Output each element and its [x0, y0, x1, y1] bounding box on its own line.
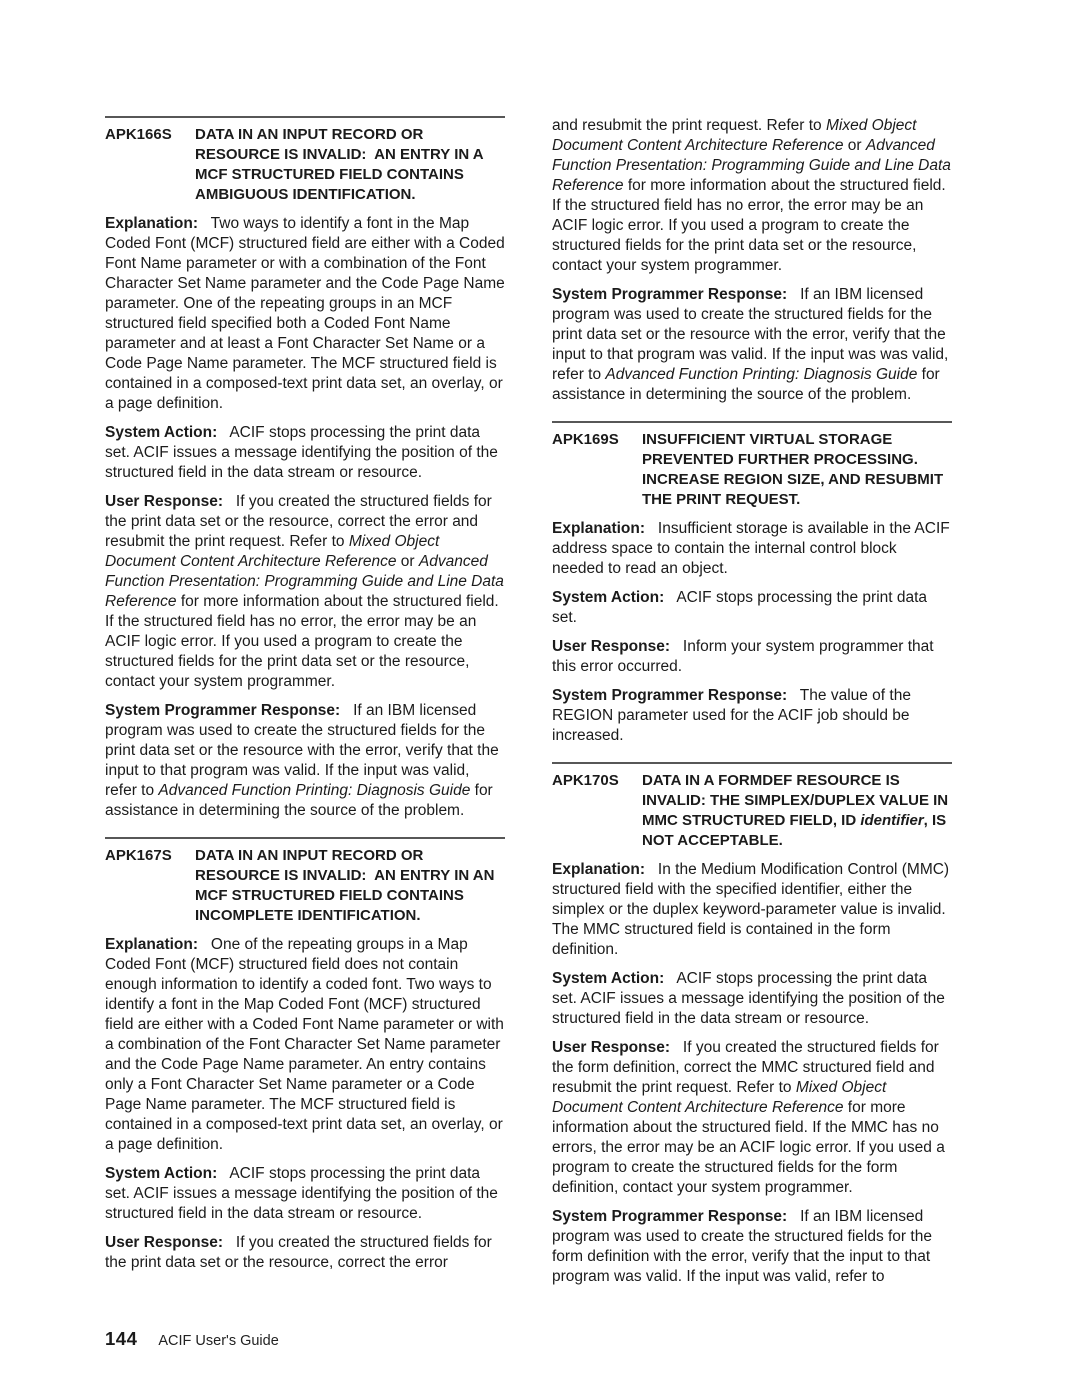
explanation-paragraph: Explanation: Two ways to identify a font…	[105, 214, 505, 414]
bold-lead-in: System Action:	[105, 1165, 217, 1182]
system-programmer-response-paragraph: System Programmer Response: If an IBM li…	[105, 701, 505, 821]
system-programmer-response-paragraph: System Programmer Response: The value of…	[552, 686, 952, 746]
bold-lead-in: System Programmer Response:	[105, 702, 340, 719]
bold-lead-in: Explanation:	[105, 936, 198, 953]
page-footer: 144 ACIF User's Guide	[105, 1328, 279, 1350]
bold-lead-in: Explanation:	[105, 215, 198, 232]
message-code: APK167S	[105, 846, 195, 926]
message-heading: APK169SINSUFFICIENT VIRTUAL STORAGE PREV…	[552, 430, 952, 510]
message-code: APK170S	[552, 771, 642, 851]
system-programmer-response-paragraph: System Programmer Response: If an IBM li…	[552, 1207, 952, 1287]
system-action-paragraph: System Action: ACIF stops processing the…	[105, 423, 505, 483]
right-column: and resubmit the print request. Refer to…	[552, 116, 952, 1287]
text-run: One of the repeating groups in a Map Cod…	[105, 936, 508, 1153]
message-title: DATA IN AN INPUT RECORD OR RESOURCE IS I…	[195, 846, 505, 926]
bold-lead-in: User Response:	[105, 493, 223, 510]
bold-lead-in: User Response:	[552, 638, 670, 655]
two-column-text-area: APK166SDATA IN AN INPUT RECORD OR RESOUR…	[105, 116, 952, 1287]
bold-lead-in: User Response:	[105, 1234, 223, 1251]
text-run: or	[397, 553, 419, 570]
message-heading: APK167SDATA IN AN INPUT RECORD OR RESOUR…	[105, 846, 505, 926]
user-response-paragraph: User Response: If you created the struct…	[105, 1233, 505, 1273]
italic-title-text: Advanced Function Printing: Diagnosis Gu…	[158, 782, 470, 799]
bold-lead-in: System Action:	[552, 589, 664, 606]
italic-title-text: Advanced Function Printing: Diagnosis Gu…	[605, 366, 917, 383]
left-column: APK166SDATA IN AN INPUT RECORD OR RESOUR…	[105, 116, 505, 1287]
system-action-paragraph: System Action: ACIF stops processing the…	[105, 1164, 505, 1224]
bold-lead-in: System Action:	[552, 970, 664, 987]
separator-rule	[105, 837, 505, 839]
bold-lead-in: System Programmer Response:	[552, 286, 787, 303]
system-programmer-response-paragraph: System Programmer Response: If an IBM li…	[552, 285, 952, 405]
message-block: APK169SINSUFFICIENT VIRTUAL STORAGE PREV…	[552, 421, 952, 510]
text-run: or	[844, 137, 866, 154]
message-heading: APK170SDATA IN A FORMDEF RESOURCE IS INV…	[552, 771, 952, 851]
separator-rule	[105, 116, 505, 118]
bold-lead-in: System Programmer Response:	[552, 1208, 787, 1225]
bold-lead-in: DATA IN AN INPUT RECORD OR RESOURCE IS I…	[195, 126, 487, 203]
bold-lead-in: System Action:	[105, 424, 217, 441]
text-run: and resubmit the print request. Refer to	[552, 117, 826, 134]
message-code: APK166S	[105, 125, 195, 205]
message-block: APK166SDATA IN AN INPUT RECORD OR RESOUR…	[105, 116, 505, 205]
bold-lead-in: Explanation:	[552, 861, 645, 878]
system-action-paragraph: System Action: ACIF stops processing the…	[552, 969, 952, 1029]
bold-lead-in: DATA IN AN INPUT RECORD OR RESOURCE IS I…	[195, 847, 499, 924]
user-response-paragraph: User Response: If you created the struct…	[552, 1038, 952, 1198]
text-run: Two ways to identify a font in the Map C…	[105, 215, 509, 412]
book-title: ACIF User's Guide	[158, 1333, 278, 1349]
document-page: APK166SDATA IN AN INPUT RECORD OR RESOUR…	[0, 0, 1080, 1397]
message-title: INSUFFICIENT VIRTUAL STORAGE PREVENTED F…	[642, 430, 952, 510]
message-title: DATA IN AN INPUT RECORD OR RESOURCE IS I…	[195, 125, 505, 205]
user-response-continuation-paragraph: and resubmit the print request. Refer to…	[552, 116, 952, 276]
bold-lead-in: System Programmer Response:	[552, 687, 787, 704]
italic-title-text: identifier	[860, 812, 923, 829]
message-block: APK170SDATA IN A FORMDEF RESOURCE IS INV…	[552, 762, 952, 851]
separator-rule	[552, 421, 952, 423]
bold-lead-in: Explanation:	[552, 520, 645, 537]
message-title: DATA IN A FORMDEF RESOURCE IS INVALID: T…	[642, 771, 952, 851]
user-response-paragraph: User Response: Inform your system progra…	[552, 637, 952, 677]
page-number: 144	[105, 1328, 137, 1350]
message-heading: APK166SDATA IN AN INPUT RECORD OR RESOUR…	[105, 125, 505, 205]
bold-lead-in: User Response:	[552, 1039, 670, 1056]
user-response-paragraph: User Response: If you created the struct…	[105, 492, 505, 692]
explanation-paragraph: Explanation: One of the repeating groups…	[105, 935, 505, 1155]
bold-lead-in: INSUFFICIENT VIRTUAL STORAGE PREVENTED F…	[642, 431, 947, 508]
separator-rule	[552, 762, 952, 764]
explanation-paragraph: Explanation: In the Medium Modification …	[552, 860, 952, 960]
explanation-paragraph: Explanation: Insufficient storage is ava…	[552, 519, 952, 579]
message-code: APK169S	[552, 430, 642, 510]
system-action-paragraph: System Action: ACIF stops processing the…	[552, 588, 952, 628]
message-block: APK167SDATA IN AN INPUT RECORD OR RESOUR…	[105, 837, 505, 926]
